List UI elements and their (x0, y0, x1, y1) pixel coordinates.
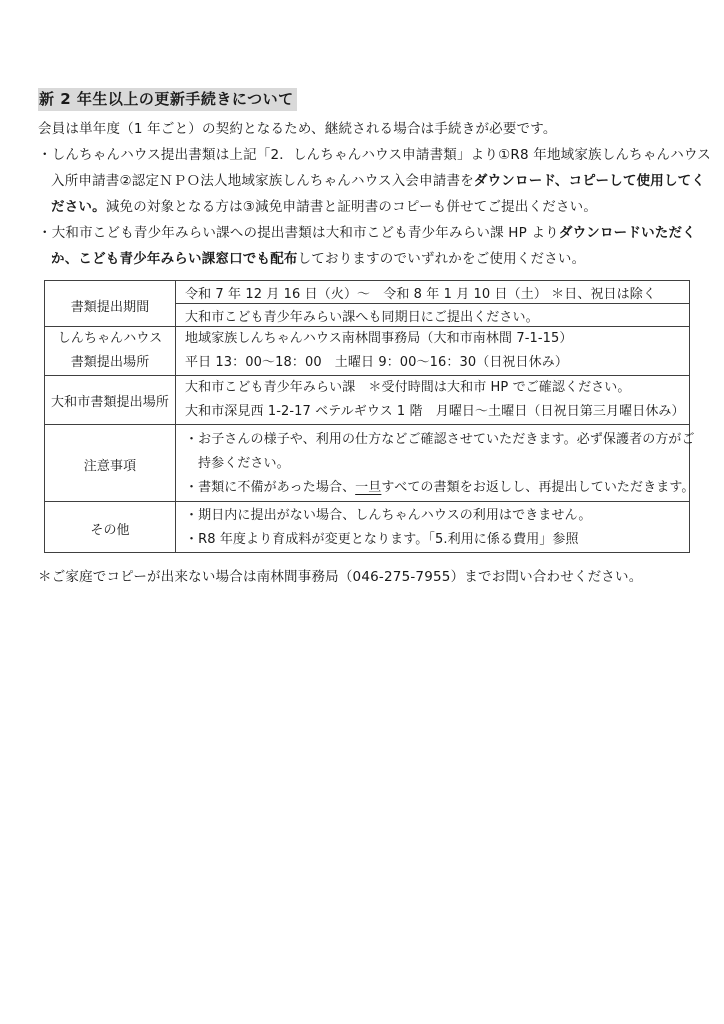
note2-line: ・書類に不備があった場合、一旦すべての書類をお返しし、再提出していただきます。 (185, 476, 680, 500)
city-office-name: 大和市こども青少年みらい課 ＊受付時間は大和市 HP でご確認ください。 (185, 376, 680, 400)
copy-contact-footnote: ＊ご家庭でコピーが出来ない場合は南林間事務局（046-275-7955）までお問… (38, 564, 692, 590)
yamato-city-location-details: 大和市こども青少年みらい課 ＊受付時間は大和市 HP でご確認ください。 大和市… (176, 376, 690, 425)
table-row-submission-period: 書類提出期間 令和 7 年 12 月 16 日（火）～ 令和 8 年 1 月 1… (45, 281, 690, 304)
bullet1-line3-normal: 減免の対象となる方は③減免申請書と証明書のコピーも併せてご提出ください。 (106, 199, 597, 215)
bullet1-line3-bold: ださい。 (51, 199, 106, 215)
submission-period-dates: 令和 7 年 12 月 16 日（火）～ 令和 8 年 1 月 10 日（土） … (176, 281, 690, 304)
bullet1-line1: ・しんちゃんハウス提出書類は上記「2．しんちゃんハウス申請書類」より①R8 年地… (38, 142, 692, 168)
row-header-yamato-city-location: 大和市書類提出場所 (45, 376, 176, 425)
other-details: ・期日内に提出がない場合、しんちゃんハウスの利用はできません。 ・R8 年度より… (176, 502, 690, 553)
table-row-other: その他 ・期日内に提出がない場合、しんちゃんハウスの利用はできません。 ・R8 … (45, 502, 690, 553)
page-content: 新 2 年生以上の更新手続きについて 会員は単年度（1 年ごと）の契約となるため… (38, 88, 692, 590)
bullet2-line1-bold: ダウンロードいただく (559, 225, 696, 241)
page-title-highlight: 新 2 年生以上の更新手続きについて (38, 88, 297, 111)
bullet1-line2-bold: ダウンロード、コピーして使用してく (474, 173, 705, 189)
table-row-notes: 注意事項 ・お子さんの様子や、利用の仕方などご確認させていただきます。必ず保護者… (45, 425, 690, 502)
table-row-shinchan-house-location: しんちゃんハウス 書類提出場所 地域家族しんちゃんハウス南林間事務局（大和市南林… (45, 327, 690, 376)
bullet2-line1: ・大和市こども青少年みらい課への提出書類は大和市こども青少年みらい課 HP より… (38, 220, 692, 246)
submission-period-note: 大和市こども青少年みらい課へも同期日にご提出ください。 (176, 304, 690, 327)
row-header-notes: 注意事項 (45, 425, 176, 502)
note2-pre: ・書類に不備があった場合、 (185, 480, 355, 495)
note2-post: すべての書類をお返しし、再提出していただきます。 (381, 480, 694, 495)
bullet1-line2: 入所申請書②認定ＮＰＯ法人地域家族しんちゃんハウス入会申請書をダウンロード、コピ… (38, 168, 692, 194)
note1-line2: 持参ください。 (185, 452, 680, 476)
location-hours: 平日 13：00～18：00 土曜日 9：00～16：30（日祝日休み） (185, 351, 680, 375)
note2-underlined: 一旦 (355, 480, 381, 495)
bullet2-line2-normal: しておりますのでいずれかをご使用ください。 (298, 251, 586, 267)
shinchan-house-location-details: 地域家族しんちゃんハウス南林間事務局（大和市南林間 7-1-15） 平日 13：… (176, 327, 690, 376)
bullet-shinchan-house-documents: ・しんちゃんハウス提出書類は上記「2．しんちゃんハウス申請書類」より①R8 年地… (38, 142, 692, 220)
page-title: 新 2 年生以上の更新手続きについて (38, 88, 692, 110)
bullet2-line2: か、こども青少年みらい課窓口でも配布しておりますのでいずれかをご使用ください。 (38, 246, 692, 272)
table-row-yamato-city-location: 大和市書類提出場所 大和市こども青少年みらい課 ＊受付時間は大和市 HP でご確… (45, 376, 690, 425)
bullet2-line2-bold: か、こども青少年みらい課窓口でも配布 (51, 251, 298, 267)
note1-line1: ・お子さんの様子や、利用の仕方などご確認させていただきます。必ず保護者の方がご (185, 428, 680, 452)
intro-paragraph: 会員は単年度（1 年ごと）の契約となるため、継続される場合は手続きが必要です。 (38, 116, 692, 142)
bullet-yamato-city-documents: ・大和市こども青少年みらい課への提出書類は大和市こども青少年みらい課 HP より… (38, 220, 692, 272)
bullet2-line1-normal: ・大和市こども青少年みらい課への提出書類は大和市こども青少年みらい課 HP より (38, 225, 559, 241)
row-header-submission-period: 書類提出期間 (45, 281, 176, 327)
city-office-address: 大和市深見西 1-2-17 ベテルギウス 1 階 月曜日～土曜日（日祝日第三月曜… (185, 400, 680, 424)
row-header-other: その他 (45, 502, 176, 553)
notes-details: ・お子さんの様子や、利用の仕方などご確認させていただきます。必ず保護者の方がご … (176, 425, 690, 502)
bullet1-line2-normal: 入所申請書②認定ＮＰＯ法人地域家族しんちゃんハウス入会申請書を (51, 173, 474, 189)
other-line2: ・R8 年度より育成料が変更となります。「5.利用に係る費用」参照 (185, 528, 680, 552)
header-line2: 書類提出場所 (47, 351, 173, 375)
submission-info-table: 書類提出期間 令和 7 年 12 月 16 日（火）～ 令和 8 年 1 月 1… (44, 280, 690, 553)
header-line1: しんちゃんハウス (47, 327, 173, 351)
bullet1-line3: ださい。減免の対象となる方は③減免申請書と証明書のコピーも併せてご提出ください。 (38, 194, 692, 220)
document-page: 新 2 年生以上の更新手続きについて 会員は単年度（1 年ごと）の契約となるため… (0, 0, 724, 1024)
location-address: 地域家族しんちゃんハウス南林間事務局（大和市南林間 7-1-15） (185, 327, 680, 351)
other-line1: ・期日内に提出がない場合、しんちゃんハウスの利用はできません。 (185, 504, 680, 528)
row-header-shinchan-house-location: しんちゃんハウス 書類提出場所 (45, 327, 176, 376)
